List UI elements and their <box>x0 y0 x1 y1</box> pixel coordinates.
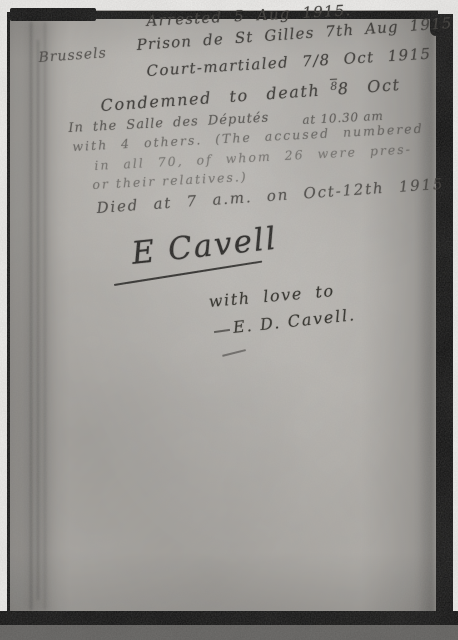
scan-edge-bottom <box>0 611 458 625</box>
gutter-streak <box>37 40 39 600</box>
scanned-page: Brussels Arrested 5 Aug 1915. Prison de … <box>0 0 458 640</box>
gutter-streak <box>44 22 46 610</box>
scan-edge-right <box>436 14 453 640</box>
page-curl-shadow <box>416 16 434 626</box>
gutter-streak <box>30 22 32 610</box>
scan-edge-left <box>7 12 10 628</box>
scan-bottom-strip <box>0 625 458 640</box>
